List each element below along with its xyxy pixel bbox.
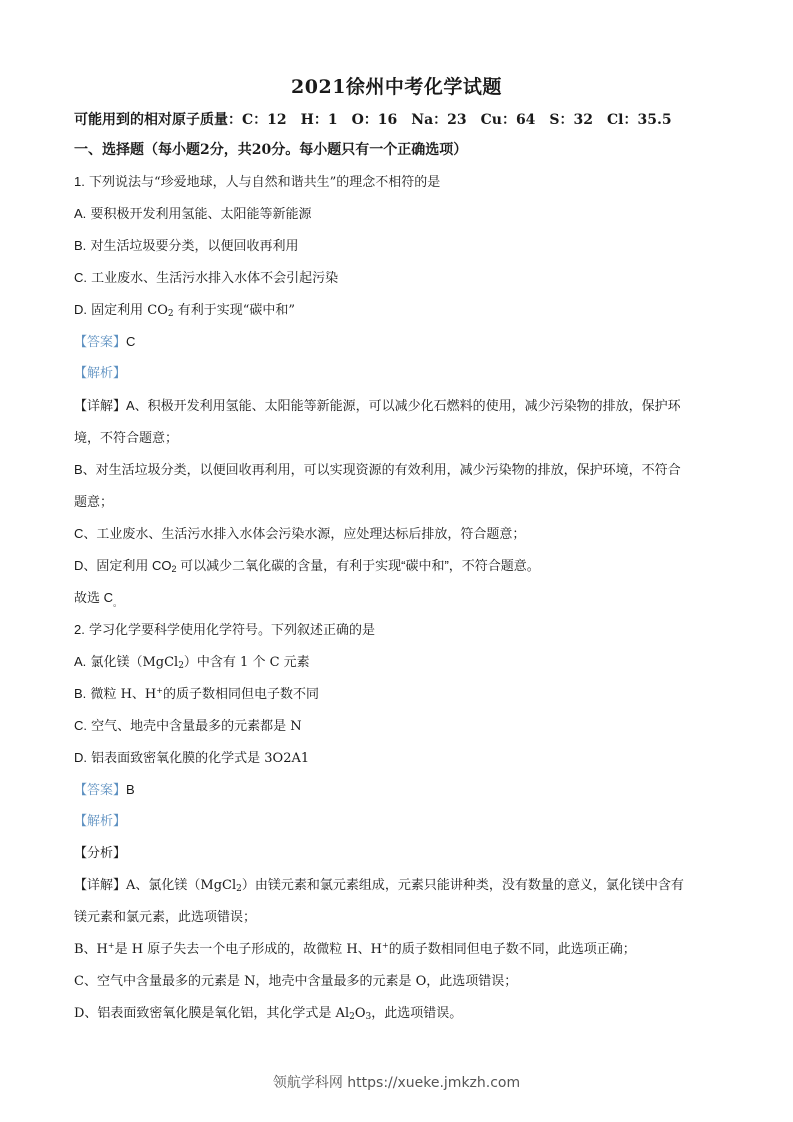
option-key: C. xyxy=(74,718,87,733)
option-key: D. xyxy=(74,750,87,765)
question-number: 2. xyxy=(74,622,85,637)
option-text: 要积极开发利用氢能、太阳能等新能源 xyxy=(90,207,311,222)
q1-detail-line-2: 境，不符合题意； xyxy=(74,430,178,446)
option-text: 空气、地壳中含量最多的元素都是 N xyxy=(91,719,302,734)
answer-label: 【答案】 xyxy=(74,783,126,798)
option-text: 工业废水、生活污水排入水体不会引起污染 xyxy=(91,271,338,286)
q1-analysis-label: 【解析】 xyxy=(74,366,126,382)
q1-detail-line-5: C、工业废水、生活污水排入水体会污染水源，应处理达标后排放，符合题意； xyxy=(74,526,525,542)
q1-option-d: D. 固定利用 CO2 有利于实现“碳中和” xyxy=(74,302,295,319)
q2-detail-a: 【详解】A、氯化镁（MgCl2）由镁元素和氯元素组成，元素只能讲种类，没有数量的… xyxy=(74,878,684,894)
q1-detail-line-3: B、对生活垃圾分类，以便回收再利用，可以实现资源的有效利用，减少污染物的排放，保… xyxy=(74,462,681,478)
option-key: A. xyxy=(74,206,86,221)
option-text: 氯化镁（MgCl2）中含有 1 个 C 元素 xyxy=(90,655,309,670)
question-number: 1. xyxy=(74,174,85,189)
q2-option-a: A. 氯化镁（MgCl2）中含有 1 个 C 元素 xyxy=(74,654,310,671)
atomic-mass-values: C：12 H：1 O：16 Na：23 Cu：64 S：32 Cl：35.5 xyxy=(242,112,672,128)
q1-conclusion: 故选 C。 xyxy=(74,590,122,611)
atomic-mass-label: 可能用到的相对原子质量： xyxy=(74,112,242,128)
option-text: 铝表面致密氧化膜的化学式是 3O2A1 xyxy=(91,751,309,766)
question-2-stem: 2. 学习化学要科学使用化学符号。下列叙述正确的是 xyxy=(74,622,375,639)
section-heading: 一、选择题（每小题2分，共20分。每小题只有一个正确选项） xyxy=(74,142,467,158)
question-text: 学习化学要科学使用化学符号。下列叙述正确的是 xyxy=(89,623,375,638)
page-title: 2021徐州中考化学试题 xyxy=(0,72,793,99)
option-key: B. xyxy=(74,238,86,253)
q1-detail-line-4: 题意； xyxy=(74,494,113,510)
question-text: 下列说法与“珍爱地球，人与自然和谐共生”的理念不相符的是 xyxy=(89,175,440,190)
q2-detail-b: B、H+是 H 原子失去一个电子形成的，故微粒 H、H+的质子数相同但电子数不同… xyxy=(74,942,636,958)
q2-detail-d: D、铝表面致密氧化膜是氧化铝，其化学式是 Al2O3，此选项错误。 xyxy=(74,1006,462,1022)
option-text: 固定利用 CO2 有利于实现“碳中和” xyxy=(91,303,295,318)
q1-detail-line-6: D、固定利用 CO2 可以减少二氧化碳的含量，有利于实现“碳中和”，不符合题意。 xyxy=(74,558,540,574)
q2-detail-a2: 镁元素和氯元素，此选项错误； xyxy=(74,910,256,926)
q1-answer: 【答案】C xyxy=(74,334,135,351)
q1-option-c: C. 工业废水、生活污水排入水体不会引起污染 xyxy=(74,270,338,287)
atomic-mass-line: 可能用到的相对原子质量：C：12 H：1 O：16 Na：23 Cu：64 S：… xyxy=(74,112,672,128)
option-text: 微粒 H、H+的质子数相同但电子数不同 xyxy=(90,687,319,702)
q2-option-b: B. 微粒 H、H+的质子数相同但电子数不同 xyxy=(74,686,319,703)
option-text: 对生活垃圾要分类，以便回收再利用 xyxy=(90,239,298,254)
question-1-stem: 1. 下列说法与“珍爱地球，人与自然和谐共生”的理念不相符的是 xyxy=(74,174,440,191)
option-key: D. xyxy=(74,302,87,317)
q2-analysis2-label: 【分析】 xyxy=(74,846,126,862)
detail-label: 【详解】 xyxy=(74,878,126,893)
q2-analysis-label: 【解析】 xyxy=(74,814,126,830)
q1-option-a: A. 要积极开发利用氢能、太阳能等新能源 xyxy=(74,206,311,223)
q1-detail-line-1: 【详解】A、积极开发利用氢能、太阳能等新能源，可以减少化石燃料的使用，减少污染物… xyxy=(74,398,681,415)
answer-value: C xyxy=(126,334,135,349)
q2-detail-c: C、空气中含量最多的元素是 N，地壳中含量最多的元素是 O，此选项错误； xyxy=(74,974,517,990)
answer-value: B xyxy=(126,782,135,797)
q2-option-c: C. 空气、地壳中含量最多的元素都是 N xyxy=(74,718,302,735)
document-page: 2021徐州中考化学试题 可能用到的相对原子质量：C：12 H：1 O：16 N… xyxy=(0,0,793,1122)
q2-answer: 【答案】B xyxy=(74,782,135,799)
q1-option-b: B. 对生活垃圾要分类，以便回收再利用 xyxy=(74,238,298,255)
q2-option-d: D. 铝表面致密氧化膜的化学式是 3O2A1 xyxy=(74,750,309,767)
option-key: B. xyxy=(74,686,86,701)
footer-watermark: 领航学科网 https://xueke.jmkzh.com xyxy=(0,1072,793,1092)
detail-label: 【详解】 xyxy=(74,399,126,414)
option-key: A. xyxy=(74,654,86,669)
answer-label: 【答案】 xyxy=(74,335,126,350)
option-key: C. xyxy=(74,270,87,285)
